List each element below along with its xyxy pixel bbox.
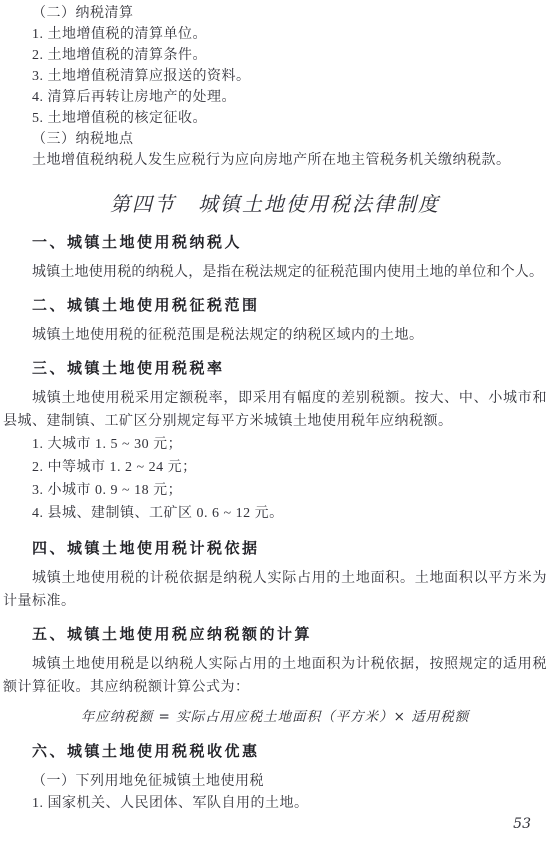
paragraph: 城镇土地使用税的纳税人，是指在税法规定的征税范围内使用土地的单位和个人。 xyxy=(3,261,547,284)
settlement-item: 4. 清算后再转让房地产的处理。 xyxy=(3,87,547,108)
subsection-heading: 四、城镇土地使用税计税依据 xyxy=(3,537,547,560)
subsection-computation: 五、城镇土地使用税应纳税额的计算 城镇土地使用税是以纳税人实际占用的土地面积为计… xyxy=(3,623,547,728)
section-title: 第四节 城镇土地使用税法律制度 xyxy=(3,191,547,217)
settlement-item: 3. 土地增值税清算应报送的资料。 xyxy=(3,66,547,87)
document-page: （二）纳税清算 1. 土地增值税的清算单位。 2. 土地增值税的清算条件。 3.… xyxy=(0,0,553,844)
subsection-rate: 三、城镇土地使用税税率 城镇土地使用税采用定额税率，即采用有幅度的差别税额。按大… xyxy=(3,357,547,525)
subsection-taxpayer: 一、城镇土地使用税纳税人 城镇土地使用税的纳税人，是指在税法规定的征税范围内使用… xyxy=(3,231,547,284)
subsection-preferences: 六、城镇土地使用税税收优惠 （一）下列用地免征城镇土地使用税 1. 国家机关、人… xyxy=(3,740,547,815)
rate-item: 2. 中等城市 1. 2 ~ 24 元； xyxy=(3,456,547,479)
place-sub-heading: （三）纳税地点 xyxy=(3,129,547,150)
paragraph: 城镇土地使用税采用定额税率，即采用有幅度的差别税额。按大、中、小城市和县城、建制… xyxy=(3,387,547,433)
subsection-scope: 二、城镇土地使用税征税范围 城镇土地使用税的征税范围是税法规定的纳税区域内的土地… xyxy=(3,294,547,347)
subsection-heading: 二、城镇土地使用税征税范围 xyxy=(3,294,547,317)
exemption-item: 1. 国家机关、人民团体、军队自用的土地。 xyxy=(3,793,547,815)
page-number: 53 xyxy=(513,816,531,832)
subsection-heading: 一、城镇土地使用税纳税人 xyxy=(3,231,547,254)
rate-item: 1. 大城市 1. 5 ~ 30 元； xyxy=(3,433,547,456)
settlement-sub-heading: （二）纳税清算 xyxy=(3,3,547,24)
rate-item: 4. 县城、建制镇、工矿区 0. 6 ~ 12 元。 xyxy=(3,502,547,525)
settlement-item: 2. 土地增值税的清算条件。 xyxy=(3,45,547,66)
subsection-heading: 六、城镇土地使用税税收优惠 xyxy=(3,740,547,763)
subsection-heading: 五、城镇土地使用税应纳税额的计算 xyxy=(3,623,547,646)
paragraph: 城镇土地使用税的征税范围是税法规定的纳税区域内的土地。 xyxy=(3,324,547,347)
subsection-heading: 三、城镇土地使用税税率 xyxy=(3,357,547,380)
paragraph: 城镇土地使用税是以纳税人实际占用的土地面积为计税依据，按照规定的适用税额计算征收… xyxy=(3,653,547,699)
exemption-sub-heading: （一）下列用地免征城镇土地使用税 xyxy=(3,771,547,793)
settlement-item: 1. 土地增值税的清算单位。 xyxy=(3,24,547,45)
subsection-basis: 四、城镇土地使用税计税依据 城镇土地使用税的计税依据是纳税人实际占用的土地面积。… xyxy=(3,537,547,613)
tax-formula: 年应纳税额 = 实际占用应税土地面积（平方米）× 适用税额 xyxy=(3,706,547,728)
place-paragraph: 土地增值税纳税人发生应税行为应向房地产所在地主管税务机关缴纳税款。 xyxy=(3,150,547,171)
paragraph: 城镇土地使用税的计税依据是纳税人实际占用的土地面积。土地面积以平方米为计量标准。 xyxy=(3,567,547,613)
settlement-item: 5. 土地增值税的核定征收。 xyxy=(3,108,547,129)
rate-item: 3. 小城市 0. 9 ~ 18 元； xyxy=(3,479,547,502)
land-vat-tail-section: （二）纳税清算 1. 土地增值税的清算单位。 2. 土地增值税的清算条件。 3.… xyxy=(3,3,547,171)
